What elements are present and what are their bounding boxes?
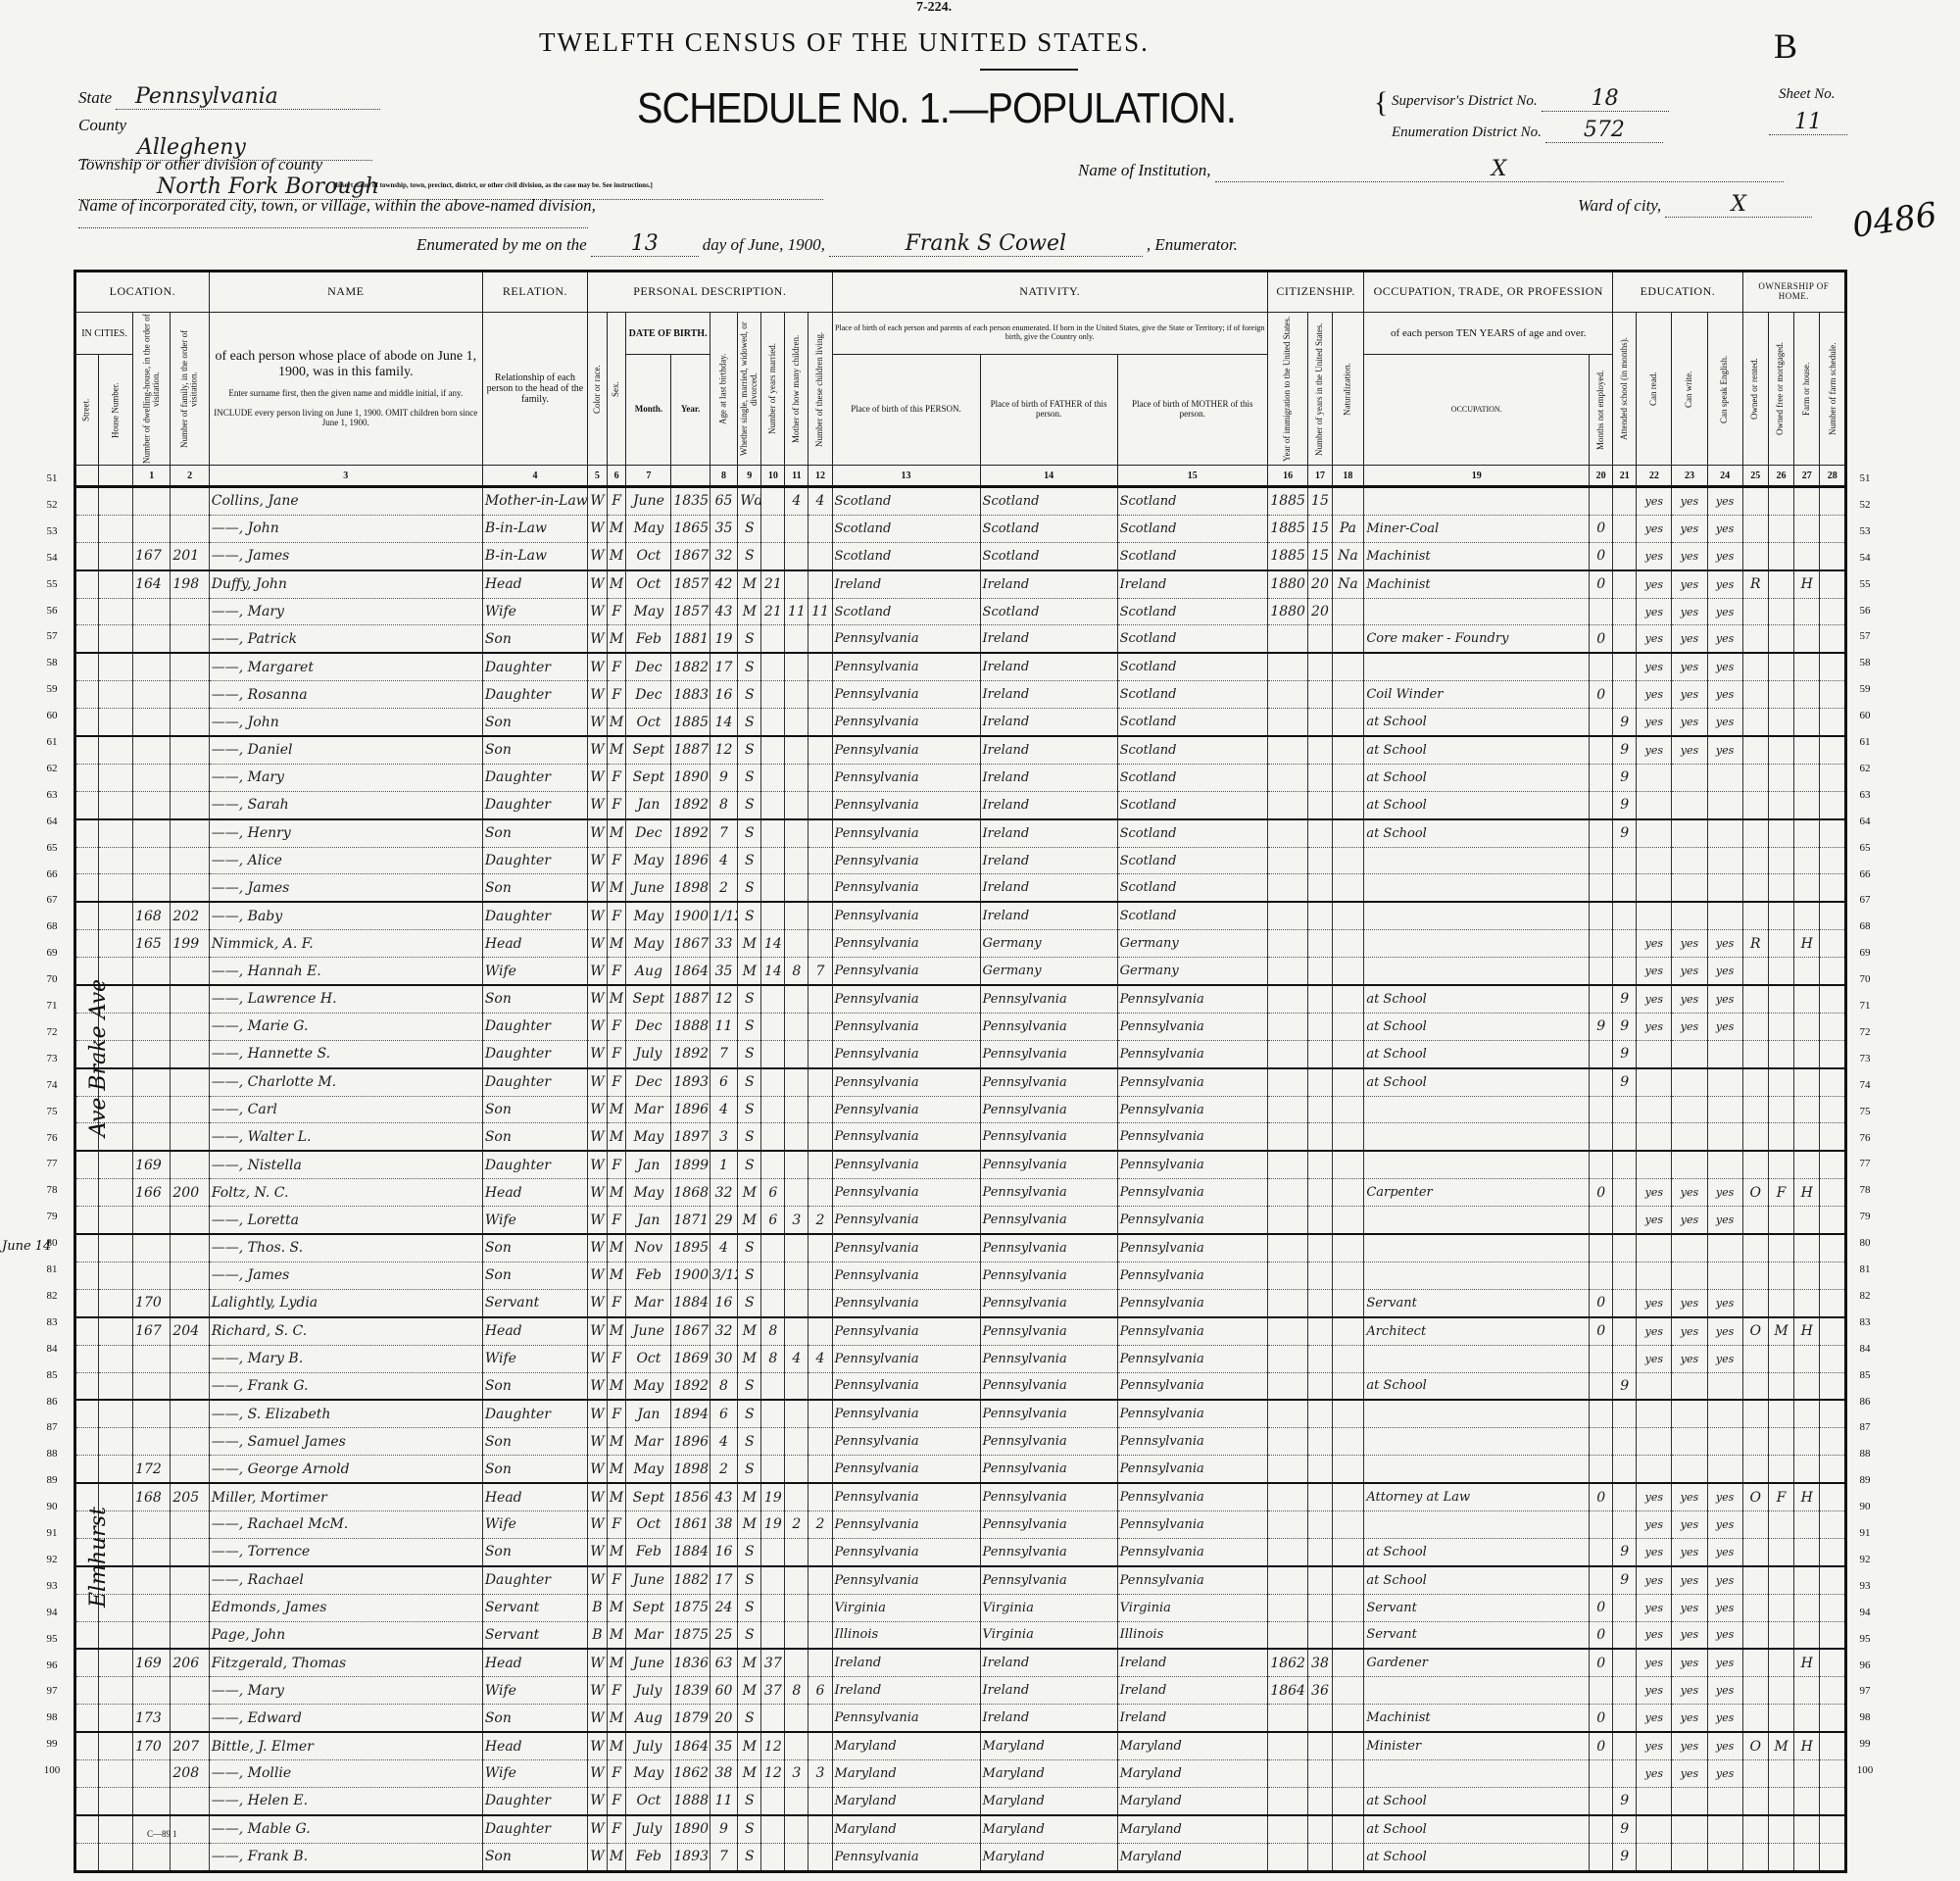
cell-can-write: yes	[1672, 930, 1707, 958]
cell-owned-rented	[1742, 1428, 1768, 1456]
cell-birth-month: Sept	[626, 736, 671, 764]
cell-dwelling-number	[133, 958, 171, 985]
cell-can-read	[1637, 902, 1672, 929]
cell-color: W	[588, 1538, 608, 1565]
line-number-left: 74	[37, 1079, 67, 1091]
cell-mother-of	[785, 1179, 808, 1207]
cell-sex: M	[607, 1843, 626, 1871]
cell-farm-house	[1794, 1566, 1820, 1594]
cell-birthplace-mother: Pennsylvania	[1117, 1207, 1267, 1234]
cell-years-in-us	[1308, 819, 1332, 847]
cell-birthplace-person: Pennsylvania	[832, 1068, 980, 1096]
cell-dwelling-number	[133, 1013, 171, 1040]
cell-birth-year: 1892	[671, 791, 710, 818]
cell-family-number	[171, 1843, 209, 1871]
cell-months-unemployed: 0	[1590, 1317, 1613, 1345]
cell-birth-year: 1882	[671, 1566, 710, 1594]
col-naturalization: Naturalization.	[1332, 313, 1364, 466]
cell-marital-status: S	[738, 1013, 761, 1040]
cell-owned-free	[1768, 1400, 1793, 1427]
cell-years-in-us	[1308, 1705, 1332, 1732]
cell-relation: Son	[482, 874, 587, 902]
cell-person-name: ——, Margaret	[209, 653, 482, 680]
cell-birth-year: 1892	[671, 1040, 710, 1067]
group-ownership: OWNERSHIP OF HOME.	[1742, 272, 1845, 313]
cell-can-write: yes	[1672, 1483, 1707, 1510]
cell-person-name: Miller, Mortimer	[209, 1483, 482, 1510]
cell-street	[75, 487, 99, 516]
cell-marital-status: M	[738, 1207, 761, 1234]
cell-birthplace-father: Ireland	[980, 1705, 1117, 1732]
cell-birth-month: Dec	[626, 653, 671, 680]
cell-can-write: yes	[1672, 653, 1707, 680]
cell-dwelling-number	[133, 1759, 171, 1787]
line-number-left: 52	[37, 499, 67, 511]
cell-birthplace-father: Scotland	[980, 542, 1117, 569]
cell-color: W	[588, 874, 608, 902]
cell-birth-year: 1898	[671, 874, 710, 902]
cell-mother-of	[785, 1123, 808, 1151]
cell-farm-house	[1794, 1677, 1820, 1705]
cell-birth-month: July	[626, 1677, 671, 1705]
cell-can-read: yes	[1637, 1207, 1672, 1234]
cell-can-read: yes	[1637, 1566, 1672, 1594]
cell-house-number	[99, 598, 133, 625]
cell-mother-of	[785, 1068, 808, 1096]
cell-naturalization	[1332, 1179, 1364, 1207]
cell-children-living	[808, 874, 832, 902]
cell-can-read: yes	[1637, 570, 1672, 598]
cell-relation: Daughter	[482, 847, 587, 874]
cell-children-living	[808, 1179, 832, 1207]
cell-can-speak-english: yes	[1707, 1510, 1742, 1538]
cell-can-speak-english	[1707, 847, 1742, 874]
cell-house-number	[99, 1289, 133, 1316]
cell-occupation: at School	[1364, 709, 1590, 736]
cell-years-in-us: 20	[1308, 598, 1332, 625]
column-number: 15	[1117, 466, 1267, 487]
cell-birthplace-mother: Scotland	[1117, 598, 1267, 625]
cell-street	[75, 1372, 99, 1400]
cell-children-living	[808, 1483, 832, 1510]
cell-person-name: ——, Patrick	[209, 625, 482, 653]
cell-months-unemployed: 0	[1590, 1483, 1613, 1510]
line-number-right: 55	[1850, 578, 1880, 590]
cell-relation: Son	[482, 1428, 587, 1456]
line-number-left: 92	[37, 1554, 67, 1565]
cell-naturalization	[1332, 1068, 1364, 1096]
cell-farm-schedule	[1820, 1068, 1846, 1096]
cell-birthplace-mother: Scotland	[1117, 874, 1267, 902]
cell-family-number	[171, 1289, 209, 1316]
cell-can-read	[1637, 1815, 1672, 1843]
cell-dwelling-number	[133, 1096, 171, 1123]
cell-months-unemployed: 9	[1590, 1013, 1613, 1040]
group-personal-description: PERSONAL DESCRIPTION.	[588, 272, 832, 313]
table-row: ——, Charlotte M.DaughterWFDec18936SPenns…	[75, 1068, 1846, 1096]
table-row: ——, Hannah E.WifeWFAug186435M1487Pennsyl…	[75, 958, 1846, 985]
cell-color: W	[588, 1649, 608, 1676]
cell-birthplace-mother: Pennsylvania	[1117, 1317, 1267, 1345]
line-number-right: 95	[1850, 1633, 1880, 1645]
cell-birth-month: Mar	[626, 1428, 671, 1456]
cell-can-write: yes	[1672, 1207, 1707, 1234]
cell-person-name: ——, Daniel	[209, 736, 482, 764]
cell-naturalization	[1332, 681, 1364, 709]
cell-family-number	[171, 625, 209, 653]
cell-person-name: Duffy, John	[209, 570, 482, 598]
cell-mother-of	[785, 709, 808, 736]
cell-farm-house: H	[1794, 1179, 1820, 1207]
cell-years-in-us	[1308, 1372, 1332, 1400]
line-number-right: 73	[1850, 1053, 1880, 1064]
cell-dwelling-number	[133, 764, 171, 791]
line-number-right: 88	[1850, 1448, 1880, 1460]
cell-age: 1	[710, 1151, 737, 1178]
cell-color: W	[588, 1510, 608, 1538]
cell-color: W	[588, 1207, 608, 1234]
occupation-description: of each person TEN YEARS of age and over…	[1364, 313, 1613, 355]
cell-children-living	[808, 1040, 832, 1067]
enumerator-name: Frank S Cowel	[829, 231, 1143, 257]
column-number: 20	[1590, 466, 1613, 487]
cell-birth-year: 1884	[671, 1289, 710, 1316]
cell-children-living	[808, 1538, 832, 1565]
cell-street	[75, 542, 99, 569]
cell-owned-free	[1768, 1345, 1793, 1372]
cell-street	[75, 1705, 99, 1732]
cell-birthplace-person: Pennsylvania	[832, 847, 980, 874]
cell-dwelling-number: 167	[133, 542, 171, 569]
cell-naturalization	[1332, 1289, 1364, 1316]
cell-birthplace-mother: Ireland	[1117, 1649, 1267, 1676]
cell-birth-year: 1868	[671, 1179, 710, 1207]
cell-can-write	[1672, 1815, 1707, 1843]
state-value: Pennsylvania	[116, 84, 380, 110]
cell-years-married	[761, 1621, 785, 1649]
cell-age: 30	[710, 1345, 737, 1372]
table-row: ——, MaryWifeWFJuly183960M3786IrelandIrel…	[75, 1677, 1846, 1705]
cell-farm-schedule	[1820, 1372, 1846, 1400]
cell-person-name: Richard, S. C.	[209, 1317, 482, 1345]
cell-attended-school	[1613, 1289, 1637, 1316]
col-month: Month.	[626, 355, 671, 466]
cell-children-living	[808, 1400, 832, 1427]
cell-birth-month: Jan	[626, 1207, 671, 1234]
cell-attended-school	[1613, 1179, 1637, 1207]
column-number: 16	[1267, 466, 1308, 487]
cell-naturalization	[1332, 1538, 1364, 1565]
cell-birthplace-mother: Maryland	[1117, 1815, 1267, 1843]
cell-street	[75, 1759, 99, 1787]
cell-attended-school	[1613, 1483, 1637, 1510]
cell-family-number	[171, 1151, 209, 1178]
line-number-right: 84	[1850, 1343, 1880, 1355]
cell-relation: Servant	[482, 1594, 587, 1621]
cell-house-number	[99, 1787, 133, 1814]
cell-farm-schedule	[1820, 653, 1846, 680]
cell-marital-status: S	[738, 653, 761, 680]
cell-sex: M	[607, 709, 626, 736]
cell-family-number	[171, 874, 209, 902]
cell-can-read: yes	[1637, 930, 1672, 958]
cell-months-unemployed	[1590, 1372, 1613, 1400]
cell-years-married	[761, 1068, 785, 1096]
cell-marital-status: M	[738, 930, 761, 958]
cell-sex: M	[607, 985, 626, 1013]
cell-years-married: 37	[761, 1677, 785, 1705]
table-row: ——, S. ElizabethDaughterWFJan18946SPenns…	[75, 1400, 1846, 1427]
cell-can-speak-english: yes	[1707, 1207, 1742, 1234]
cell-mother-of	[785, 764, 808, 791]
column-number: 5	[588, 466, 608, 487]
cell-birth-month: June	[626, 1649, 671, 1676]
cell-birthplace-person: Pennsylvania	[832, 709, 980, 736]
line-number-right: 76	[1850, 1132, 1880, 1144]
cell-family-number	[171, 653, 209, 680]
cell-house-number	[99, 1815, 133, 1843]
cell-farm-house: H	[1794, 1649, 1820, 1676]
cell-family-number	[171, 1566, 209, 1594]
cell-birthplace-mother: Pennsylvania	[1117, 1040, 1267, 1067]
cell-age: 7	[710, 1040, 737, 1067]
cell-can-read: yes	[1637, 736, 1672, 764]
cell-marital-status: M	[738, 1649, 761, 1676]
cell-birthplace-father: Scotland	[980, 515, 1117, 542]
cell-age: 32	[710, 542, 737, 569]
cell-years-in-us	[1308, 1566, 1332, 1594]
cell-immigration-year	[1267, 1705, 1308, 1732]
cell-occupation: at School	[1364, 736, 1590, 764]
cell-person-name: ——, Mary	[209, 764, 482, 791]
cell-birth-month: Mar	[626, 1096, 671, 1123]
cell-birthplace-person: Pennsylvania	[832, 985, 980, 1013]
cell-birthplace-father: Pennsylvania	[980, 1372, 1117, 1400]
cell-months-unemployed: 0	[1590, 1289, 1613, 1316]
cell-person-name: ——, Loretta	[209, 1207, 482, 1234]
line-number-left: 77	[37, 1158, 67, 1169]
cell-can-read: yes	[1637, 1013, 1672, 1040]
cell-mother-of	[785, 1705, 808, 1732]
cell-children-living	[808, 1787, 832, 1814]
cell-color: B	[588, 1594, 608, 1621]
cell-years-in-us	[1308, 1456, 1332, 1483]
column-number: 14	[980, 466, 1117, 487]
cell-can-read: yes	[1637, 598, 1672, 625]
cell-years-in-us	[1308, 902, 1332, 929]
cell-owned-free	[1768, 1510, 1793, 1538]
form-number: 7-224.	[916, 0, 952, 16]
cell-immigration-year: 1885	[1267, 487, 1308, 516]
cell-can-write: yes	[1672, 515, 1707, 542]
cell-birthplace-father: Pennsylvania	[980, 1456, 1117, 1483]
cell-children-living	[808, 764, 832, 791]
line-number-right: 85	[1850, 1369, 1880, 1381]
cell-person-name: ——, Carl	[209, 1096, 482, 1123]
cell-mother-of	[785, 791, 808, 818]
line-number-left: 76	[37, 1132, 67, 1144]
cell-years-in-us: 38	[1308, 1649, 1332, 1676]
cell-occupation	[1364, 902, 1590, 929]
col-color: Color or race.	[588, 313, 608, 466]
cell-mother-of	[785, 1234, 808, 1262]
cell-can-read	[1637, 1234, 1672, 1262]
cell-owned-free	[1768, 1068, 1793, 1096]
cell-relation: B-in-Law	[482, 542, 587, 569]
township-instruction: [Insert name of township, town, precinct…	[333, 181, 653, 189]
cell-relation: Wife	[482, 1510, 587, 1538]
cell-occupation	[1364, 1677, 1590, 1705]
cell-marital-status: S	[738, 1538, 761, 1565]
cell-owned-rented	[1742, 1843, 1768, 1871]
cell-immigration-year	[1267, 1317, 1308, 1345]
cell-immigration-year	[1267, 1096, 1308, 1123]
cell-attended-school	[1613, 1123, 1637, 1151]
cell-house-number	[99, 930, 133, 958]
col-can-speak: Can speak English.	[1707, 313, 1742, 466]
cell-family-number	[171, 1372, 209, 1400]
cell-marital-status: M	[738, 570, 761, 598]
cell-years-in-us	[1308, 681, 1332, 709]
cell-person-name: ——, Rachael	[209, 1566, 482, 1594]
cell-marital-status: S	[738, 1843, 761, 1871]
cell-children-living	[808, 1621, 832, 1649]
cell-house-number	[99, 874, 133, 902]
cell-color: W	[588, 1096, 608, 1123]
cell-age: 43	[710, 1483, 737, 1510]
group-occupation: OCCUPATION, TRADE, OR PROFESSION	[1364, 272, 1613, 313]
cell-birthplace-father: Pennsylvania	[980, 1068, 1117, 1096]
cell-age: 3/12	[710, 1262, 737, 1289]
cell-owned-rented	[1742, 1538, 1768, 1565]
cell-can-read	[1637, 1456, 1672, 1483]
cell-farm-schedule	[1820, 1013, 1846, 1040]
cell-birth-month: Mar	[626, 1621, 671, 1649]
cell-owned-rented: O	[1742, 1317, 1768, 1345]
cell-family-number: 199	[171, 930, 209, 958]
cell-marital-status: S	[738, 1372, 761, 1400]
cell-owned-rented	[1742, 487, 1768, 516]
cell-color: W	[588, 847, 608, 874]
cell-owned-rented	[1742, 1815, 1768, 1843]
cell-occupation: Architect	[1364, 1317, 1590, 1345]
cell-marital-status: S	[738, 1815, 761, 1843]
cell-can-speak-english	[1707, 1843, 1742, 1871]
table-row: ——, Marie G.DaughterWFDec188811SPennsylv…	[75, 1013, 1846, 1040]
cell-naturalization	[1332, 985, 1364, 1013]
cell-children-living	[808, 1013, 832, 1040]
table-row: ——, Mable G.DaughterWFJuly18909SMaryland…	[75, 1815, 1846, 1843]
cell-family-number	[171, 1013, 209, 1040]
cell-birth-year: 1867	[671, 1317, 710, 1345]
cell-months-unemployed	[1590, 1843, 1613, 1871]
cell-can-read	[1637, 1096, 1672, 1123]
cell-birth-year: 1887	[671, 736, 710, 764]
cell-owned-rented	[1742, 1649, 1768, 1676]
cell-dwelling-number	[133, 487, 171, 516]
cell-farm-house	[1794, 1400, 1820, 1427]
cell-children-living: 4	[808, 487, 832, 516]
cell-children-living	[808, 791, 832, 818]
cell-occupation	[1364, 1234, 1590, 1262]
line-number-right: 94	[1850, 1607, 1880, 1618]
cell-farm-house	[1794, 515, 1820, 542]
cell-color: W	[588, 736, 608, 764]
column-number: 7	[626, 466, 671, 487]
cell-months-unemployed	[1590, 736, 1613, 764]
cell-marital-status: S	[738, 681, 761, 709]
cell-birthplace-person: Pennsylvania	[832, 1843, 980, 1871]
cell-immigration-year: 1885	[1267, 515, 1308, 542]
cell-can-write	[1672, 847, 1707, 874]
cell-family-number	[171, 1234, 209, 1262]
cell-birthplace-father: Pennsylvania	[980, 1289, 1117, 1316]
cell-family-number	[171, 1677, 209, 1705]
cell-farm-house	[1794, 542, 1820, 569]
cell-birthplace-mother: Pennsylvania	[1117, 1538, 1267, 1565]
cell-owned-rented	[1742, 625, 1768, 653]
cell-mother-of	[785, 542, 808, 569]
cell-birthplace-father: Germany	[980, 958, 1117, 985]
cell-color: W	[588, 930, 608, 958]
table-row: ——, Samuel JamesSonWMMar18964SPennsylvan…	[75, 1428, 1846, 1456]
cell-naturalization	[1332, 1207, 1364, 1234]
cell-dwelling-number	[133, 1510, 171, 1538]
cell-sex: M	[607, 1428, 626, 1456]
group-nativity: NATIVITY.	[832, 272, 1267, 313]
cell-age: 12	[710, 736, 737, 764]
cell-naturalization	[1332, 1649, 1364, 1676]
cell-relation: Son	[482, 1538, 587, 1565]
cell-months-unemployed	[1590, 1677, 1613, 1705]
cell-birthplace-mother: Scotland	[1117, 764, 1267, 791]
cell-children-living: 11	[808, 598, 832, 625]
cell-occupation	[1364, 598, 1590, 625]
cell-birth-month: May	[626, 1759, 671, 1787]
cell-attended-school: 9	[1613, 1815, 1637, 1843]
cell-farm-schedule	[1820, 847, 1846, 874]
enumerated-field: Enumerated by me on the 13 day of June, …	[416, 231, 1592, 257]
cell-can-speak-english: yes	[1707, 985, 1742, 1013]
cell-children-living	[808, 930, 832, 958]
cell-marital-status: M	[738, 1483, 761, 1510]
cell-naturalization	[1332, 958, 1364, 985]
cell-sex: F	[607, 1345, 626, 1372]
cell-farm-schedule	[1820, 985, 1846, 1013]
cell-relation: Daughter	[482, 764, 587, 791]
cell-mother-of	[785, 1621, 808, 1649]
cell-farm-schedule	[1820, 764, 1846, 791]
cell-naturalization	[1332, 736, 1364, 764]
cell-dwelling-number	[133, 1538, 171, 1565]
cell-can-speak-english	[1707, 1400, 1742, 1427]
cell-street	[75, 902, 99, 929]
cell-mother-of	[785, 985, 808, 1013]
cell-occupation	[1364, 874, 1590, 902]
cell-relation: Head	[482, 1317, 587, 1345]
cell-owned-rented	[1742, 874, 1768, 902]
column-number: 19	[1364, 466, 1590, 487]
cell-birthplace-father: Pennsylvania	[980, 1123, 1117, 1151]
cell-years-in-us	[1308, 1234, 1332, 1262]
cell-children-living	[808, 625, 832, 653]
cell-person-name: Bittle, J. Elmer	[209, 1732, 482, 1759]
col-marital: Whether single, married, widowed, or div…	[738, 313, 761, 466]
line-number-right: 78	[1850, 1184, 1880, 1196]
cell-age: 33	[710, 930, 737, 958]
cell-can-write: yes	[1672, 1732, 1707, 1759]
cell-dwelling-number	[133, 1621, 171, 1649]
